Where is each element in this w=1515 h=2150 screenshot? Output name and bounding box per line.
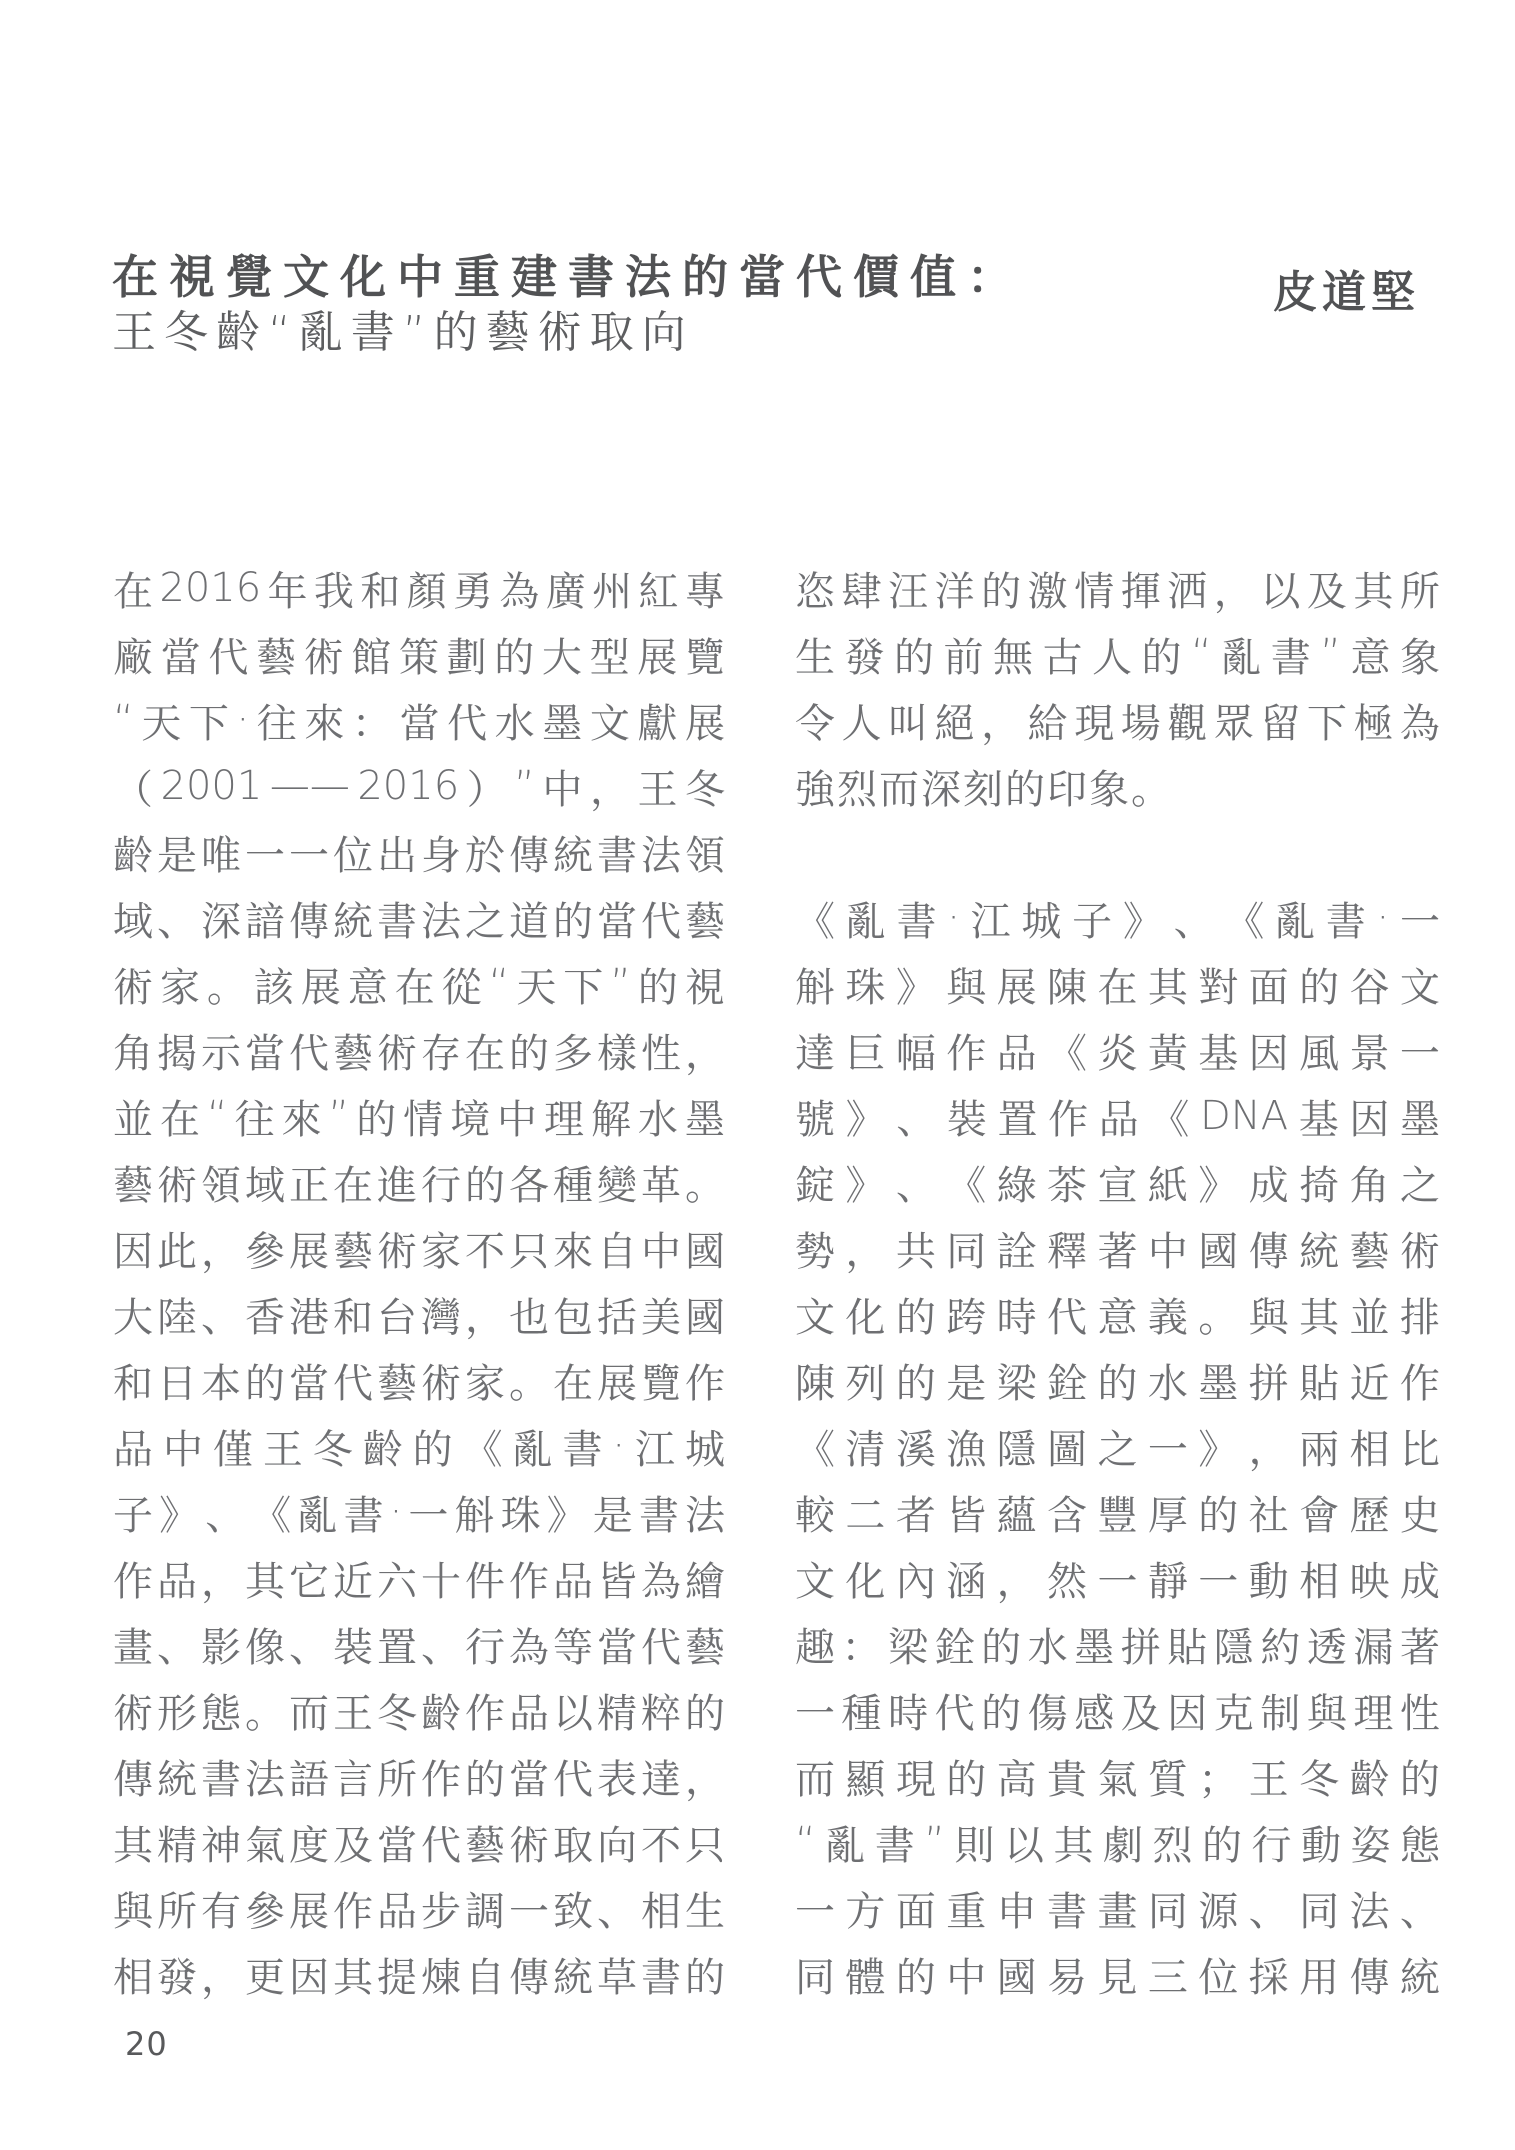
glyph: 茶 xyxy=(1047,1154,1087,1211)
glyph: 種 xyxy=(842,1682,882,1739)
glyph: 代 xyxy=(641,1616,681,1673)
glyph: 趣 xyxy=(795,1616,835,1673)
text-line: 一種時代的傷感及因克制與理性 xyxy=(795,1677,1440,1743)
glyph: 裝 xyxy=(333,1616,373,1673)
glyph: 《 xyxy=(795,890,835,947)
glyph: 文 xyxy=(795,1550,835,1607)
glyph: 感 xyxy=(1074,1682,1114,1739)
glyph: 域 xyxy=(245,1154,285,1211)
glyph: 令 xyxy=(795,692,835,749)
glyph: 家 xyxy=(465,1352,505,1409)
glyph: 用 xyxy=(1299,1946,1339,2003)
glyph: 珠 xyxy=(501,1484,541,1541)
text-line: 生發的前無古人的“亂書”意象 xyxy=(795,621,1440,687)
glyph: 揭 xyxy=(157,1022,197,1079)
glyph: 品 xyxy=(509,1682,549,1739)
glyph: （ xyxy=(113,758,153,815)
glyph: 洋 xyxy=(935,560,975,617)
glyph: 貼 xyxy=(1299,1352,1339,1409)
glyph: 與 xyxy=(113,1880,153,1937)
glyph: 、 xyxy=(289,1616,329,1673)
glyph: 及 xyxy=(1307,560,1347,617)
glyph: 圖 xyxy=(1047,1418,1087,1475)
glyph: 代 xyxy=(935,1682,975,1739)
glyph: 一 xyxy=(795,1682,835,1739)
glyph: 書 xyxy=(597,824,637,881)
glyph: 家 xyxy=(160,956,200,1013)
glyph: 人 xyxy=(842,692,882,749)
glyph: 情 xyxy=(403,1088,443,1145)
glyph: 藝 xyxy=(113,1154,153,1211)
glyph: 深 xyxy=(201,890,241,947)
glyph: · xyxy=(390,1489,403,1535)
glyph: 的 xyxy=(509,1022,549,1079)
glyph: 給 xyxy=(1028,692,1068,749)
glyph: 傳 xyxy=(289,890,329,947)
glyph: 十 xyxy=(421,1550,461,1607)
glyph: 著 xyxy=(1097,1220,1137,1277)
glyph: 它 xyxy=(289,1550,329,1607)
glyph: 因 xyxy=(1249,1022,1289,1079)
glyph: 基 xyxy=(1198,1022,1238,1079)
glyph: 僅 xyxy=(213,1418,253,1475)
glyph: 諳 xyxy=(245,890,285,947)
glyph: 其 xyxy=(113,1814,153,1871)
text-line: 勢，共同詮釋著中國傳統藝術 xyxy=(795,1215,1440,1281)
glyph: 形 xyxy=(157,1682,197,1739)
glyph: 冬 xyxy=(313,1418,353,1475)
glyph: 家 xyxy=(421,1220,461,1277)
glyph: 當 xyxy=(509,1748,549,1805)
paragraph: 恣肆汪洋的激情揮洒，以及其所生發的前無古人的“亂書”意象令人叫絕，給現場觀眾留下… xyxy=(795,555,1440,819)
glyph: ” xyxy=(329,1093,350,1139)
glyph: 統 xyxy=(553,824,593,881)
glyph: 度 xyxy=(289,1814,329,1871)
glyph: 在 xyxy=(113,560,153,617)
glyph: 制 xyxy=(1260,1682,1300,1739)
glyph: 下 xyxy=(563,956,603,1013)
glyph: 《 xyxy=(1149,1088,1189,1145)
glyph: 中 xyxy=(542,758,582,815)
glyph: 墨 xyxy=(542,692,582,749)
glyph: 城 xyxy=(1021,890,1061,947)
glyph: 變 xyxy=(597,1154,637,1211)
glyph: 二 xyxy=(845,1484,885,1541)
glyph: 靜 xyxy=(1148,1550,1188,1607)
glyph: 《 xyxy=(795,1418,835,1475)
glyph: 質 xyxy=(1148,1748,1188,1805)
glyph: 品 xyxy=(157,1550,197,1607)
glyph: 克 xyxy=(1214,1682,1254,1739)
glyph: 統 xyxy=(1299,1220,1339,1277)
glyph: 於 xyxy=(465,824,505,881)
glyph: 史 xyxy=(1400,1484,1440,1541)
glyph: 社 xyxy=(1249,1484,1289,1541)
glyph: 書 xyxy=(641,1946,681,2003)
glyph: 的 xyxy=(1005,758,1045,815)
glyph: 態 xyxy=(1400,1814,1440,1871)
glyph: 術 xyxy=(509,1814,549,1871)
glyph: 冬 xyxy=(685,758,725,815)
glyph: 、 xyxy=(597,1880,637,1937)
glyph: 發 xyxy=(157,1946,197,2003)
glyph: 所 xyxy=(377,1748,417,1805)
glyph: 作 xyxy=(333,1880,373,1937)
glyph: 作 xyxy=(113,1550,153,1607)
glyph: 相 xyxy=(1299,1550,1339,1607)
glyph: 法 xyxy=(421,890,461,947)
glyph: 精 xyxy=(157,1814,197,1871)
glyph: ， xyxy=(465,1286,505,1343)
glyph: 以 xyxy=(1004,1814,1044,1871)
glyph: 是 xyxy=(593,1484,633,1541)
glyph: 往 xyxy=(257,692,297,749)
glyph: 精 xyxy=(597,1682,637,1739)
glyph: 錠 xyxy=(795,1154,835,1211)
glyph: 水 xyxy=(1148,1352,1188,1409)
glyph: 人 xyxy=(1092,626,1132,683)
glyph: 與 xyxy=(946,956,986,1013)
glyph: 解 xyxy=(591,1088,631,1145)
glyph: 黃 xyxy=(1148,1022,1188,1079)
glyph: 參 xyxy=(245,1880,285,1937)
glyph: 王 xyxy=(637,758,677,815)
glyph: 較 xyxy=(795,1484,835,1541)
glyph: 的 xyxy=(685,1682,725,1739)
glyph: 件 xyxy=(465,1550,505,1607)
glyph: 代 xyxy=(553,1748,593,1805)
glyph: 身 xyxy=(421,824,461,881)
text-line: 相發，更因其提煉自傳統草書的 xyxy=(113,1941,725,2007)
glyph: 的 xyxy=(494,626,534,683)
glyph: 印 xyxy=(1047,758,1087,815)
glyph: 藝 xyxy=(333,1220,373,1277)
glyph: “ xyxy=(489,961,510,1007)
text-line: 齡是唯一一位出身於傳統書法領 xyxy=(113,819,725,885)
glyph: 的 xyxy=(465,1748,505,1805)
glyph: 角 xyxy=(113,1022,153,1079)
glyph: 、 xyxy=(205,1484,245,1541)
glyph: 代 xyxy=(333,1352,373,1409)
glyph: 術 xyxy=(1400,1220,1440,1277)
glyph: 本 xyxy=(201,1352,241,1409)
glyph: 行 xyxy=(465,1616,505,1673)
glyph: 示 xyxy=(201,1022,241,1079)
glyph: 進 xyxy=(377,1154,417,1211)
glyph: 因 xyxy=(289,1946,329,2003)
glyph: 天 xyxy=(141,692,181,749)
glyph: 》 xyxy=(159,1484,199,1541)
text-line: 大陸、香港和台灣，也包括美國 xyxy=(113,1281,725,1347)
glyph: 的 xyxy=(896,1946,936,2003)
glyph: 冬 xyxy=(1299,1748,1339,1805)
glyph: 和 xyxy=(333,1286,373,1343)
glyph: 統 xyxy=(333,890,373,947)
glyph: 當 xyxy=(597,890,637,947)
text-line: 域、深諳傳統書法之道的當代藝 xyxy=(113,885,725,951)
glyph: 2016 xyxy=(159,565,261,611)
glyph: 下 xyxy=(1307,692,1347,749)
glyph: 展 xyxy=(289,1880,329,1937)
glyph: 出 xyxy=(377,824,417,881)
glyph: 現 xyxy=(1074,692,1114,749)
glyph: 之 xyxy=(1400,1154,1440,1211)
glyph: 在 xyxy=(160,1088,200,1145)
glyph: 《 xyxy=(463,1418,503,1475)
glyph: 傳 xyxy=(1249,1220,1289,1277)
glyph: 刻 xyxy=(963,758,1003,815)
glyph: 亂 xyxy=(513,1418,553,1475)
glyph: 釋 xyxy=(1047,1220,1087,1277)
glyph: 是 xyxy=(946,1352,986,1409)
glyph: 態 xyxy=(201,1682,241,1739)
glyph: 墨 xyxy=(685,1088,725,1145)
glyph: 樣 xyxy=(597,1022,637,1079)
glyph: 置 xyxy=(998,1088,1038,1145)
glyph: 眾 xyxy=(1214,692,1254,749)
glyph: 術 xyxy=(113,1682,153,1739)
text-line: 與所有參展作品步調一致、相生 xyxy=(113,1875,725,1941)
glyph: 六 xyxy=(377,1550,417,1607)
text-line: 令人叫絕，給現場觀眾留下極為 xyxy=(795,687,1440,753)
glyph: 行 xyxy=(421,1154,461,1211)
glyph: 神 xyxy=(201,1814,241,1871)
glyph: 書 xyxy=(639,1484,679,1541)
glyph: 絕 xyxy=(935,692,975,749)
glyph: 江 xyxy=(635,1418,675,1475)
glyph: 的 xyxy=(245,1352,285,1409)
glyph: 傳 xyxy=(509,824,549,881)
glyph: 之 xyxy=(1097,1418,1137,1475)
glyph: 齡 xyxy=(421,1682,461,1739)
glyph: 術 xyxy=(421,1352,461,1409)
glyph: 亂 xyxy=(846,890,886,947)
document-page: 在視覺文化中重建書法的當代價值： 王冬齡“亂書”的藝術取向 皮道堅 在2016年… xyxy=(0,0,1515,2150)
glyph: 的 xyxy=(981,1682,1021,1739)
glyph: 採 xyxy=(1249,1946,1289,2003)
glyph: 作 xyxy=(685,1352,725,1409)
glyph: 不 xyxy=(465,1220,505,1277)
glyph: 同 xyxy=(795,1946,835,2003)
glyph: 著 xyxy=(1400,1616,1440,1673)
glyph: 藝 xyxy=(465,1814,505,1871)
glyph: 易 xyxy=(1047,1946,1087,2003)
glyph: 而 xyxy=(879,758,919,815)
glyph: ， xyxy=(1249,1418,1289,1475)
glyph: 書 xyxy=(1326,890,1366,947)
glyph: 視 xyxy=(685,956,725,1013)
glyph: 《 xyxy=(251,1484,291,1541)
glyph: 其 xyxy=(1299,1286,1339,1343)
glyph: 顏 xyxy=(407,560,447,617)
glyph: 拼 xyxy=(1249,1352,1289,1409)
glyph: 覽 xyxy=(641,1352,681,1409)
glyph: 只 xyxy=(685,1814,725,1871)
glyph: 江 xyxy=(971,890,1011,947)
glyph: ， xyxy=(845,1220,885,1277)
glyph: 中 xyxy=(946,1946,986,2003)
glyph: 藝 xyxy=(333,1022,373,1079)
glyph: 文 xyxy=(1400,956,1440,1013)
glyph: 中 xyxy=(1148,1220,1188,1277)
glyph: 當 xyxy=(289,1352,329,1409)
glyph: 其 xyxy=(1148,956,1188,1013)
glyph: 並 xyxy=(1349,1286,1389,1343)
glyph: 面 xyxy=(1249,956,1289,1013)
left-column: 在2016年我和顏勇為廣州紅專廠當代藝術館策劃的大型展覽“天下·往來：當代水墨文… xyxy=(113,555,725,2007)
glyph: 在 xyxy=(395,956,435,1013)
glyph: 面 xyxy=(896,1880,936,1937)
glyph: 強 xyxy=(795,758,835,815)
glyph: 洒 xyxy=(1167,560,1207,617)
glyph: 相 xyxy=(641,1880,681,1937)
glyph: 專 xyxy=(685,560,725,617)
glyph: 文 xyxy=(590,692,630,749)
glyph: 的 xyxy=(1400,1748,1440,1805)
glyph: 和 xyxy=(360,560,400,617)
glyph: 者 xyxy=(896,1484,936,1541)
glyph: 水 xyxy=(1028,1616,1068,1673)
glyph: 烈 xyxy=(1152,1814,1192,1871)
glyph: 國 xyxy=(1198,1220,1238,1277)
glyph: 比 xyxy=(1400,1418,1440,1475)
glyph: 在 xyxy=(333,1154,373,1211)
glyph: 也 xyxy=(509,1286,549,1343)
text-line: 恣肆汪洋的激情揮洒，以及其所 xyxy=(795,555,1440,621)
glyph: 的 xyxy=(1198,1484,1238,1541)
glyph: 灣 xyxy=(421,1286,461,1343)
glyph: 術 xyxy=(377,1220,417,1277)
glyph: 策 xyxy=(399,626,439,683)
glyph: 兩 xyxy=(1299,1418,1339,1475)
glyph: 及 xyxy=(333,1814,373,1871)
glyph: 齡 xyxy=(113,824,153,881)
glyph: 作 xyxy=(421,1748,461,1805)
glyph: 之 xyxy=(465,890,505,947)
glyph: 動 xyxy=(1249,1550,1289,1607)
glyph: 同 xyxy=(946,1220,986,1277)
glyph: ， xyxy=(590,758,630,815)
text-line: （2001——2016）”中，王冬 xyxy=(113,753,725,819)
glyph: 傷 xyxy=(1028,1682,1068,1739)
glyph: 展 xyxy=(301,956,341,1013)
glyph: 調 xyxy=(465,1880,505,1937)
glyph: 以 xyxy=(1260,560,1300,617)
glyph: 近 xyxy=(1349,1352,1389,1409)
glyph: 自 xyxy=(465,1946,505,2003)
glyph: 言 xyxy=(333,1748,373,1805)
glyph: ： xyxy=(352,692,392,749)
glyph: 》 xyxy=(845,1154,885,1211)
glyph: 梁 xyxy=(997,1352,1037,1409)
glyph: 幅 xyxy=(896,1022,936,1079)
glyph: 畫 xyxy=(113,1616,153,1673)
glyph: 藝 xyxy=(377,1352,417,1409)
glyph: 陳 xyxy=(795,1352,835,1409)
text-line: “天下·往來：當代水墨文獻展 xyxy=(113,687,725,753)
glyph: 獻 xyxy=(637,692,677,749)
glyph: 書 xyxy=(1271,626,1311,683)
text-line: 較二者皆蘊含豐厚的社會歷史 xyxy=(795,1479,1440,1545)
glyph: 是 xyxy=(157,824,197,881)
text-line: 斛珠》與展陳在其對面的谷文 xyxy=(795,951,1440,1017)
glyph: 來 xyxy=(304,692,344,749)
glyph: 方 xyxy=(845,1880,885,1937)
glyph: 場 xyxy=(1121,692,1161,749)
glyph: 唯 xyxy=(201,824,241,881)
glyph: 統 xyxy=(1400,1946,1440,2003)
glyph: 》 xyxy=(846,1088,886,1145)
glyph: 溪 xyxy=(896,1418,936,1475)
glyph: 作 xyxy=(465,1682,505,1739)
glyph: 藝 xyxy=(1349,1220,1389,1277)
glyph: 我 xyxy=(314,560,354,617)
glyph: 。 xyxy=(509,1352,549,1409)
glyph: 位 xyxy=(1198,1946,1238,2003)
glyph: 的 xyxy=(946,1748,986,1805)
glyph: 為 xyxy=(641,1550,681,1607)
glyph: 因 xyxy=(1167,1682,1207,1739)
glyph: 為 xyxy=(509,1616,549,1673)
glyph: 生 xyxy=(795,626,835,683)
glyph: 向 xyxy=(597,1814,637,1871)
glyph: 作 xyxy=(946,1022,986,1079)
glyph: 一 xyxy=(509,1880,549,1937)
glyph: 置 xyxy=(377,1616,417,1673)
glyph: 亂 xyxy=(825,1814,865,1871)
glyph: 致 xyxy=(553,1880,593,1937)
glyph: 統 xyxy=(553,1946,593,2003)
glyph: —— xyxy=(270,763,350,809)
glyph: 的 xyxy=(356,1088,396,1145)
glyph: 激 xyxy=(1028,560,1068,617)
glyph: 法 xyxy=(245,1748,285,1805)
glyph: 梁 xyxy=(888,1616,928,1673)
glyph: 、 xyxy=(1400,1880,1440,1937)
glyph: 像 xyxy=(245,1616,285,1673)
glyph: 此 xyxy=(157,1220,197,1277)
glyph: 多 xyxy=(553,1022,593,1079)
glyph: 源 xyxy=(1198,1880,1238,1937)
glyph: 與 xyxy=(1249,1286,1289,1343)
glyph: 景 xyxy=(1349,1022,1389,1079)
glyph: 映 xyxy=(1349,1550,1389,1607)
text-line: 錠》、《綠茶宣紙》成掎角之 xyxy=(795,1149,1440,1215)
glyph: 見 xyxy=(1097,1946,1137,2003)
text-line: 趣：梁銓的水墨拼貼隱約透漏著 xyxy=(795,1611,1440,1677)
glyph: 國 xyxy=(685,1286,725,1343)
glyph: 品 xyxy=(377,1880,417,1937)
glyph: 展 xyxy=(637,626,677,683)
text-line: 達巨幅作品《炎黃基因風景一 xyxy=(795,1017,1440,1083)
glyph: 冬 xyxy=(377,1682,417,1739)
glyph: 表 xyxy=(597,1748,637,1805)
glyph: 書 xyxy=(1047,1880,1087,1937)
glyph: 法 xyxy=(641,824,681,881)
glyph: 港 xyxy=(289,1286,329,1343)
article-body: 在2016年我和顏勇為廣州紅專廠當代藝術館策劃的大型展覽“天下·往來：當代水墨文… xyxy=(113,555,1440,2007)
text-line: 廠當代藝術館策劃的大型展覽 xyxy=(113,621,725,687)
glyph: 、 xyxy=(201,1286,241,1343)
glyph: 時 xyxy=(997,1286,1037,1343)
glyph: 貴 xyxy=(1047,1748,1087,1805)
glyph: 達 xyxy=(641,1748,681,1805)
glyph: 更 xyxy=(245,1946,285,2003)
text-line: 強烈而深刻的印象。 xyxy=(795,753,1440,819)
glyph: 詮 xyxy=(997,1220,1037,1277)
glyph: 墨 xyxy=(1400,1088,1440,1145)
glyph: 斛 xyxy=(454,1484,494,1541)
